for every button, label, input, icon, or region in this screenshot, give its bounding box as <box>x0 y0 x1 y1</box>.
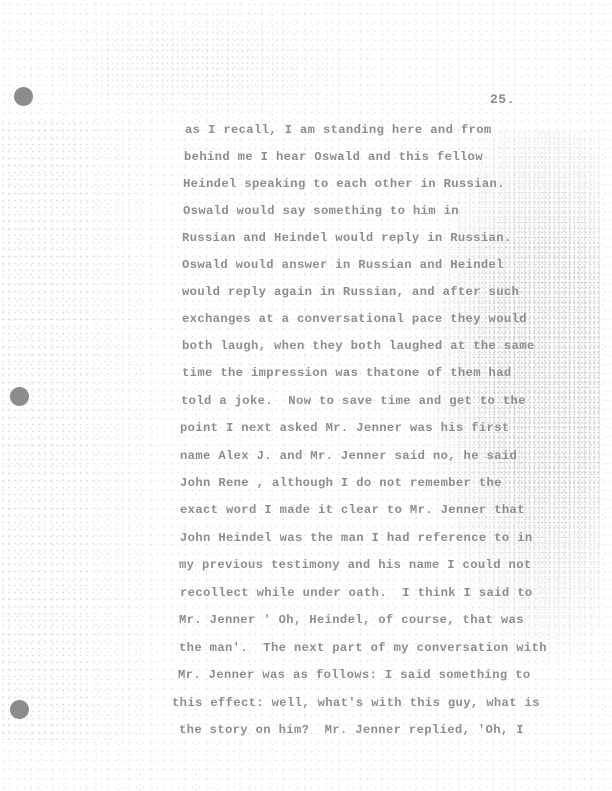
text-line: name Alex J. and Mr. Jenner said no, he … <box>180 449 517 463</box>
text-line: would reply again in Russian, and after … <box>182 285 519 299</box>
text-line: John Rene , although I do not remember t… <box>180 476 502 490</box>
text-line: John Heindel was the man I had reference… <box>180 531 533 545</box>
text-line: the man'. The next part of my conversati… <box>179 641 547 655</box>
text-line: Oswald would say something to him in <box>183 204 459 218</box>
text-line: told a joke. Now to save time and get to… <box>181 394 526 408</box>
text-line: behind me I hear Oswald and this fellow <box>184 150 483 164</box>
text-line: exact word I made it clear to Mr. Jenner… <box>180 503 525 517</box>
punch-hole-icon <box>10 387 29 406</box>
text-line: this effect: well, what's with this guy,… <box>172 696 540 710</box>
text-line: time the impression was thatone of them … <box>182 366 512 380</box>
text-line: both laugh, when they both laughed at th… <box>182 339 535 353</box>
text-line: point I next asked Mr. Jenner was his fi… <box>180 421 510 435</box>
scan-noise <box>0 120 170 740</box>
text-line: my previous testimony and his name I cou… <box>179 558 532 572</box>
punch-hole-icon <box>10 700 29 719</box>
text-line: exchanges at a conversational pace they … <box>182 312 527 326</box>
text-line: Heindel speaking to each other in Russia… <box>183 177 505 191</box>
text-line: the story on him? Mr. Jenner replied, 'O… <box>179 723 524 737</box>
punch-hole-icon <box>14 87 33 106</box>
text-line: recollect while under oath. I think I sa… <box>180 586 533 600</box>
scan-noise <box>20 0 380 130</box>
text-line: Oswald would answer in Russian and Heind… <box>182 258 504 272</box>
text-line: as I recall, I am standing here and from <box>185 123 492 137</box>
text-line: Russian and Heindel would reply in Russi… <box>182 231 512 245</box>
document-page: 25. as I recall, I am standing here and … <box>0 0 612 791</box>
text-line: Mr. Jenner ' Oh, Heindel, of course, tha… <box>179 613 524 627</box>
text-line: Mr. Jenner was as follows: I said someth… <box>178 668 531 682</box>
page-number: 25. <box>490 92 515 107</box>
